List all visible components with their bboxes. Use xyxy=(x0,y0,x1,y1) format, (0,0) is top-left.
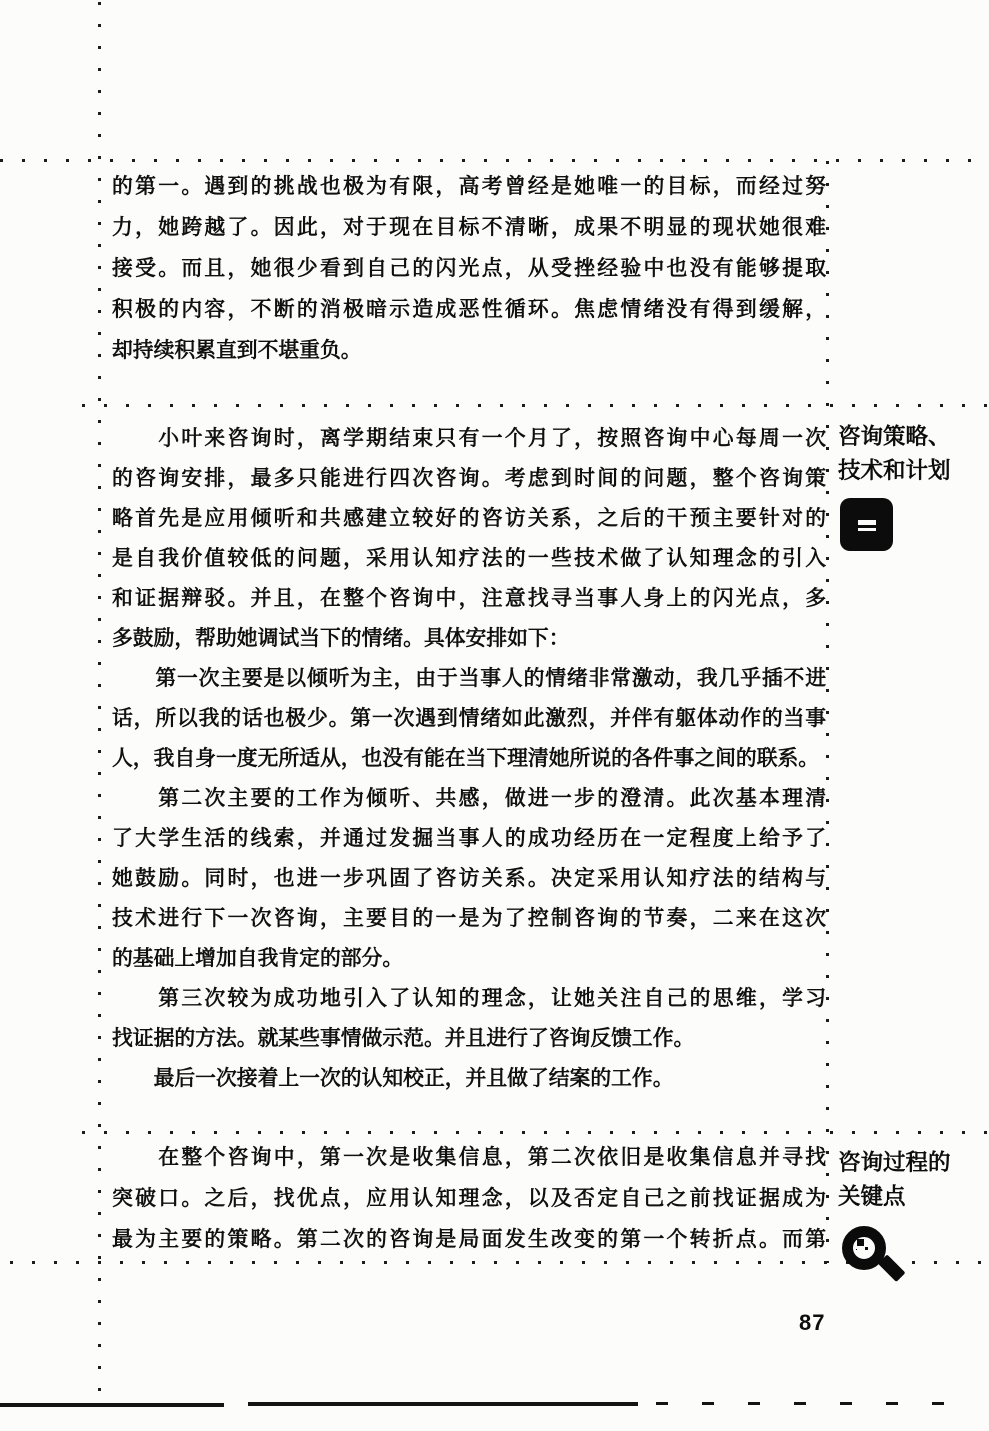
top-dotted-divider xyxy=(0,159,989,162)
margin-note-label: 咨询策略、 xyxy=(838,420,988,454)
text-line: 找证据的方法。就某些事情做示范。并且进行了咨询反馈工作。 xyxy=(112,1019,826,1059)
text-line: 人，我自身一度无所适从，也没有能在当下理清她所说的各件事之间的联系。 xyxy=(112,739,826,779)
text-line: 小叶来咨询时，离学期结束只有一个月了，按照咨询中心每周一次 xyxy=(112,419,826,459)
paragraph: 在整个咨询中，第一次是收集信息，第二次依旧是收集信息并寻找 突破口。之后，找优点… xyxy=(112,1137,826,1260)
text-line: 和证据辩驳。并且，在整个咨询中，注意找寻当事人身上的闪光点，多 xyxy=(112,579,826,619)
bottom-rule-segment xyxy=(0,1403,224,1407)
text-line: 力，她跨越了。因此，对于现在目标不清晰，成果不明显的现状她很难 xyxy=(112,207,826,248)
text-line: 积极的内容，不断的消极暗示造成恶性循环。焦虑情绪没有得到缓解， xyxy=(112,289,826,330)
margin-note-strategy: 咨询策略、 技术和计划 xyxy=(838,420,988,551)
bottom-rule-segment xyxy=(248,1402,638,1406)
text-line: 第三次较为成功地引入了认知的理念，让她关注自己的思维，学习 xyxy=(112,979,826,1019)
magnifier-icon xyxy=(842,1226,904,1290)
text-line: 技术进行下一次咨询，主要目的一是为了控制咨询的节奏，二来在这次 xyxy=(112,899,826,939)
paragraph: 第一次主要是以倾听为主，由于当事人的情绪非常激动，我几乎插不进 话，所以我的话也… xyxy=(112,659,826,779)
text-line: 是自我价值较低的问题，采用认知疗法的一些技术做了认知理念的引入 xyxy=(112,539,826,579)
magnifier-speck xyxy=(857,1239,864,1246)
left-dotted-border xyxy=(98,2,101,1402)
section-dotted-divider-1 xyxy=(82,404,989,407)
text-line: 突破口。之后，找优点，应用认知理念，以及否定自己之前找证据成为 xyxy=(112,1178,826,1219)
paragraph: 第二次主要的工作为倾听、共感，做进一步的澄清。此次基本理清 了大学生活的线索，并… xyxy=(112,779,826,979)
text-line: 最后一次接着上一次的认知校正，并且做了结案的工作。 xyxy=(112,1059,826,1099)
text-block-strategy: 小叶来咨询时，离学期结束只有一个月了，按照咨询中心每周一次 的咨询安排，最多只能… xyxy=(112,419,826,1099)
margin-note-label: 技术和计划 xyxy=(838,454,988,488)
margin-note-keypoints: 咨询过程的 关键点 xyxy=(838,1146,988,1290)
text-line: 话，所以我的话也极少。第一次遇到情绪如此激烈，并伴有躯体动作的当事 xyxy=(112,699,826,739)
notebook-icon-pages xyxy=(856,514,878,533)
text-line: 的咨询安排，最多只能进行四次咨询。考虑到时间的问题，整个咨询策 xyxy=(112,459,826,499)
text-block-intro-continuation: 的第一。遇到的挑战也极为有限，高考曾经是她唯一的目标，而经过努 力，她跨越了。因… xyxy=(112,166,826,371)
text-line: 第一次主要是以倾听为主，由于当事人的情绪非常激动，我几乎插不进 xyxy=(112,659,826,699)
paragraph: 最后一次接着上一次的认知校正，并且做了结案的工作。 xyxy=(112,1059,826,1099)
magnifier-handle xyxy=(878,1254,906,1282)
text-line: 了大学生活的线索，并通过发掘当事人的成功经历在一定程度上给予了 xyxy=(112,819,826,859)
bottom-rule-dashes xyxy=(656,1402,956,1405)
page-number: 87 xyxy=(799,1310,825,1336)
margin-note-label: 关键点 xyxy=(838,1180,988,1214)
text-line: 第二次主要的工作为倾听、共感，做进一步的澄清。此次基本理清 xyxy=(112,779,826,819)
paragraph: 小叶来咨询时，离学期结束只有一个月了，按照咨询中心每周一次 的咨询安排，最多只能… xyxy=(112,419,826,659)
paragraph: 的第一。遇到的挑战也极为有限，高考曾经是她唯一的目标，而经过努 力，她跨越了。因… xyxy=(112,166,826,371)
text-block-keypoints: 在整个咨询中，第一次是收集信息，第二次依旧是收集信息并寻找 突破口。之后，找优点… xyxy=(112,1137,826,1260)
right-dotted-border xyxy=(826,161,829,1263)
scanned-book-page: 的第一。遇到的挑战也极为有限，高考曾经是她唯一的目标，而经过努 力，她跨越了。因… xyxy=(0,0,989,1431)
margin-note-label: 咨询过程的 xyxy=(838,1146,988,1180)
notebook-icon xyxy=(840,498,893,551)
text-line: 她鼓励。同时，也进一步巩固了咨访关系。决定采用认知疗法的结构与 xyxy=(112,859,826,899)
text-line: 最为主要的策略。第二次的咨询是局面发生改变的第一个转折点。而第 xyxy=(112,1219,826,1260)
section-dotted-divider-2 xyxy=(82,1131,989,1134)
text-line: 的第一。遇到的挑战也极为有限，高考曾经是她唯一的目标，而经过努 xyxy=(112,166,826,207)
text-line: 多鼓励，帮助她调试当下的情绪。具体安排如下： xyxy=(112,619,826,659)
paragraph: 第三次较为成功地引入了认知的理念，让她关注自己的思维，学习 找证据的方法。就某些… xyxy=(112,979,826,1059)
text-line: 的基础上增加自我肯定的部分。 xyxy=(112,939,826,979)
text-line: 在整个咨询中，第一次是收集信息，第二次依旧是收集信息并寻找 xyxy=(112,1137,826,1178)
text-line: 略首先是应用倾听和共感建立较好的咨访关系，之后的干预主要针对的 xyxy=(112,499,826,539)
text-line: 接受。而且，她很少看到自己的闪光点，从受挫经验中也没有能够提取 xyxy=(112,248,826,289)
text-line: 却持续积累直到不堪重负。 xyxy=(112,330,826,371)
